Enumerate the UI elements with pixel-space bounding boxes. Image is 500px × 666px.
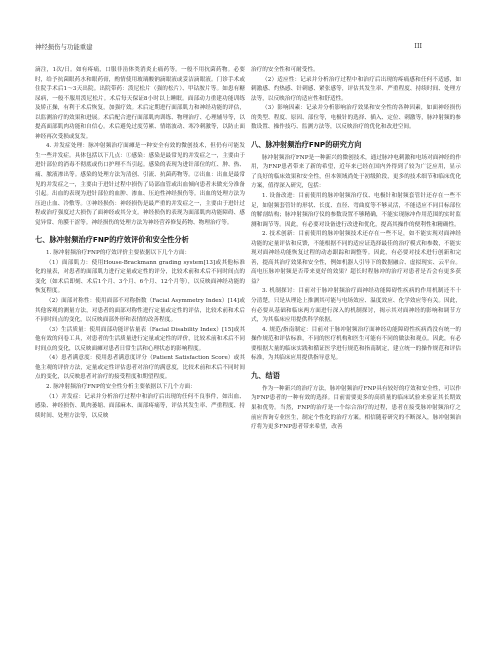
conclusion-body: 作为一种新兴的治疗方法，脉冲射频治疗FNP具有较好的疗效和安全性，可以作为FNP… <box>251 385 461 433</box>
efficacy-item-3: （3）生活质量：使用面部功能评估量表（Facial Disability Ind… <box>35 326 245 355</box>
safety-intro: 2. 脉冲射频治疗FNP的安全性分析主要依据以下几个方面： <box>35 383 245 393</box>
safety-item-1-continuation: 治疗的安全性和可耐受性。 <box>251 66 461 76</box>
efficacy-item-1: （1）面部肌力：使用House-Brackmann grading system… <box>35 259 245 297</box>
research-item-2: 2. 技术创新：目前使用的脉冲射频技术还存在一些不足，如不能实现对面神经功能的定… <box>251 230 461 287</box>
research-intro: 脉冲射频治疗FNP是一种新兴的微创技术，通过脉冲电刺激和电场对面神经的作用，为F… <box>251 154 461 192</box>
right-column: 治疗的安全性和可耐受性。 （2）适应性：记录并分析治疗过程中和治疗后出现的疼痛感… <box>251 66 461 433</box>
paragraph-postop-care: 滴注，1次/日。如有疼痛，口服非甾体类消炎止痛药等。一般不用抗菌药物。必要时，给… <box>35 66 245 142</box>
efficacy-item-4: （4）患者满意度：使用患者满意度评分（Patient Satisfaction … <box>35 354 245 383</box>
research-item-3: 3. 机制探讨：目前对于脉冲射频治疗面神经功能障碍性疾病的作用机制还不十分清楚，… <box>251 287 461 325</box>
safety-item-2: （2）适应性：记录并分析治疗过程中和治疗后出现的疼痛感和任何不适感，如刺激感、灼… <box>251 76 461 105</box>
journal-title: 神经损伤与功能重建 <box>35 42 93 51</box>
research-item-4: 4. 规范/指南制定：目前对于脉冲射频治疗面神经功能障碍性疾病尚没有统一的操作规… <box>251 326 461 364</box>
page-number: III <box>414 42 422 50</box>
section-7-heading: 七、脉冲射频治疗FNP的疗效评价和安全性分析 <box>35 235 245 245</box>
safety-item-1: （1）并发症：记录并分析治疗过程中和治疗后出现的任何不良事件，如出血、感染、神经… <box>35 393 245 422</box>
running-header: 神经损伤与功能重建 III <box>35 42 470 54</box>
left-column: 滴注，1次/日。如有疼痛，口服非甾体类消炎止痛药等。一般不用抗菌药物。必要时，给… <box>35 66 245 421</box>
paragraph-complications: 4. 并发症处理：脉冲射频治疗面瘫是一种安全有效的微创技术，但仍有可能发生一些并… <box>35 142 245 228</box>
efficacy-intro: 1. 脉冲射频治疗FNP的疗效评价主要依据以下几个方面： <box>35 249 245 259</box>
efficacy-item-2: （2）面部对称性：使用面部不对称指数（Facial Asymmetry Inde… <box>35 297 245 326</box>
section-8-heading: 八、脉冲射频治疗FNP的研究方向 <box>251 140 461 150</box>
section-9-heading: 九、结语 <box>251 371 461 381</box>
research-item-1: 1. 设备改进：目前使用的脉冲射频治疗仪、电极针和射频套管针还存在一些不足，如射… <box>251 192 461 230</box>
safety-item-3: （3）影响因素：记录并分析影响治疗效果和安全性的各种因素，如面神经损伤的类型、程… <box>251 104 461 133</box>
